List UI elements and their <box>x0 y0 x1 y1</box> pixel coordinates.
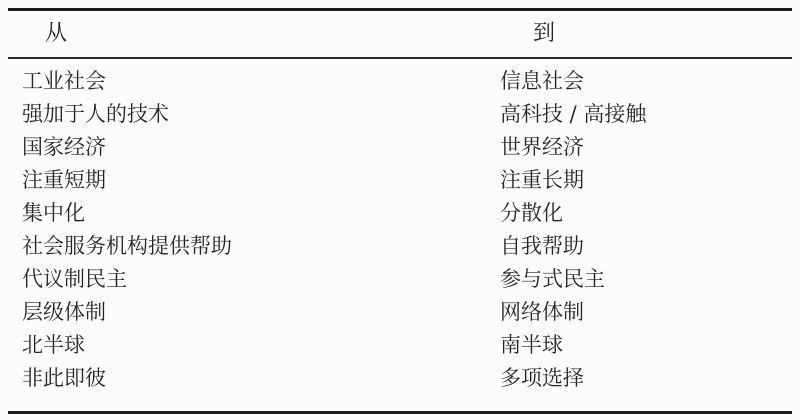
cell-to: 网络体制 <box>500 296 792 329</box>
table-row: 强加于人的技术 高科技 / 高接触 <box>8 98 792 131</box>
cell-from: 工业社会 <box>8 65 500 98</box>
cell-to: 参与式民主 <box>500 263 792 296</box>
cell-from: 代议制民主 <box>8 263 500 296</box>
cell-from: 国家经济 <box>8 131 500 164</box>
table-row: 非此即彼 多项选择 <box>8 362 792 395</box>
table-row: 工业社会 信息社会 <box>8 65 792 98</box>
cell-from: 层级体制 <box>8 296 500 329</box>
cell-from: 社会服务机构提供帮助 <box>8 230 500 263</box>
cell-to: 高科技 / 高接触 <box>500 98 792 131</box>
cell-to: 自我帮助 <box>500 230 792 263</box>
cell-to: 世界经济 <box>500 131 792 164</box>
cell-from: 强加于人的技术 <box>8 98 500 131</box>
table-body: 工业社会 信息社会 强加于人的技术 高科技 / 高接触 国家经济 世界经济 注重… <box>8 59 792 411</box>
table-row: 社会服务机构提供帮助 自我帮助 <box>8 230 792 263</box>
from-to-table: 从 到 工业社会 信息社会 强加于人的技术 高科技 / 高接触 国家经济 世界经… <box>8 8 792 414</box>
header-from: 从 <box>45 21 67 47</box>
header-to: 到 <box>533 21 555 47</box>
cell-from: 北半球 <box>8 329 500 362</box>
cell-to: 南半球 <box>500 329 792 362</box>
table-row: 集中化 分散化 <box>8 197 792 230</box>
table-row: 国家经济 世界经济 <box>8 131 792 164</box>
table-row: 注重短期 注重长期 <box>8 164 792 197</box>
cell-to: 分散化 <box>500 197 792 230</box>
table-header-row: 从 到 <box>8 11 792 59</box>
cell-to: 信息社会 <box>500 65 792 98</box>
table-row: 代议制民主 参与式民主 <box>8 263 792 296</box>
table-row: 层级体制 网络体制 <box>8 296 792 329</box>
cell-from: 非此即彼 <box>8 362 500 395</box>
cell-to: 多项选择 <box>500 362 792 395</box>
scanned-page: 从 到 工业社会 信息社会 强加于人的技术 高科技 / 高接触 国家经济 世界经… <box>0 0 800 420</box>
cell-to: 注重长期 <box>500 164 792 197</box>
cell-from: 注重短期 <box>8 164 500 197</box>
cell-from: 集中化 <box>8 197 500 230</box>
table-row: 北半球 南半球 <box>8 329 792 362</box>
